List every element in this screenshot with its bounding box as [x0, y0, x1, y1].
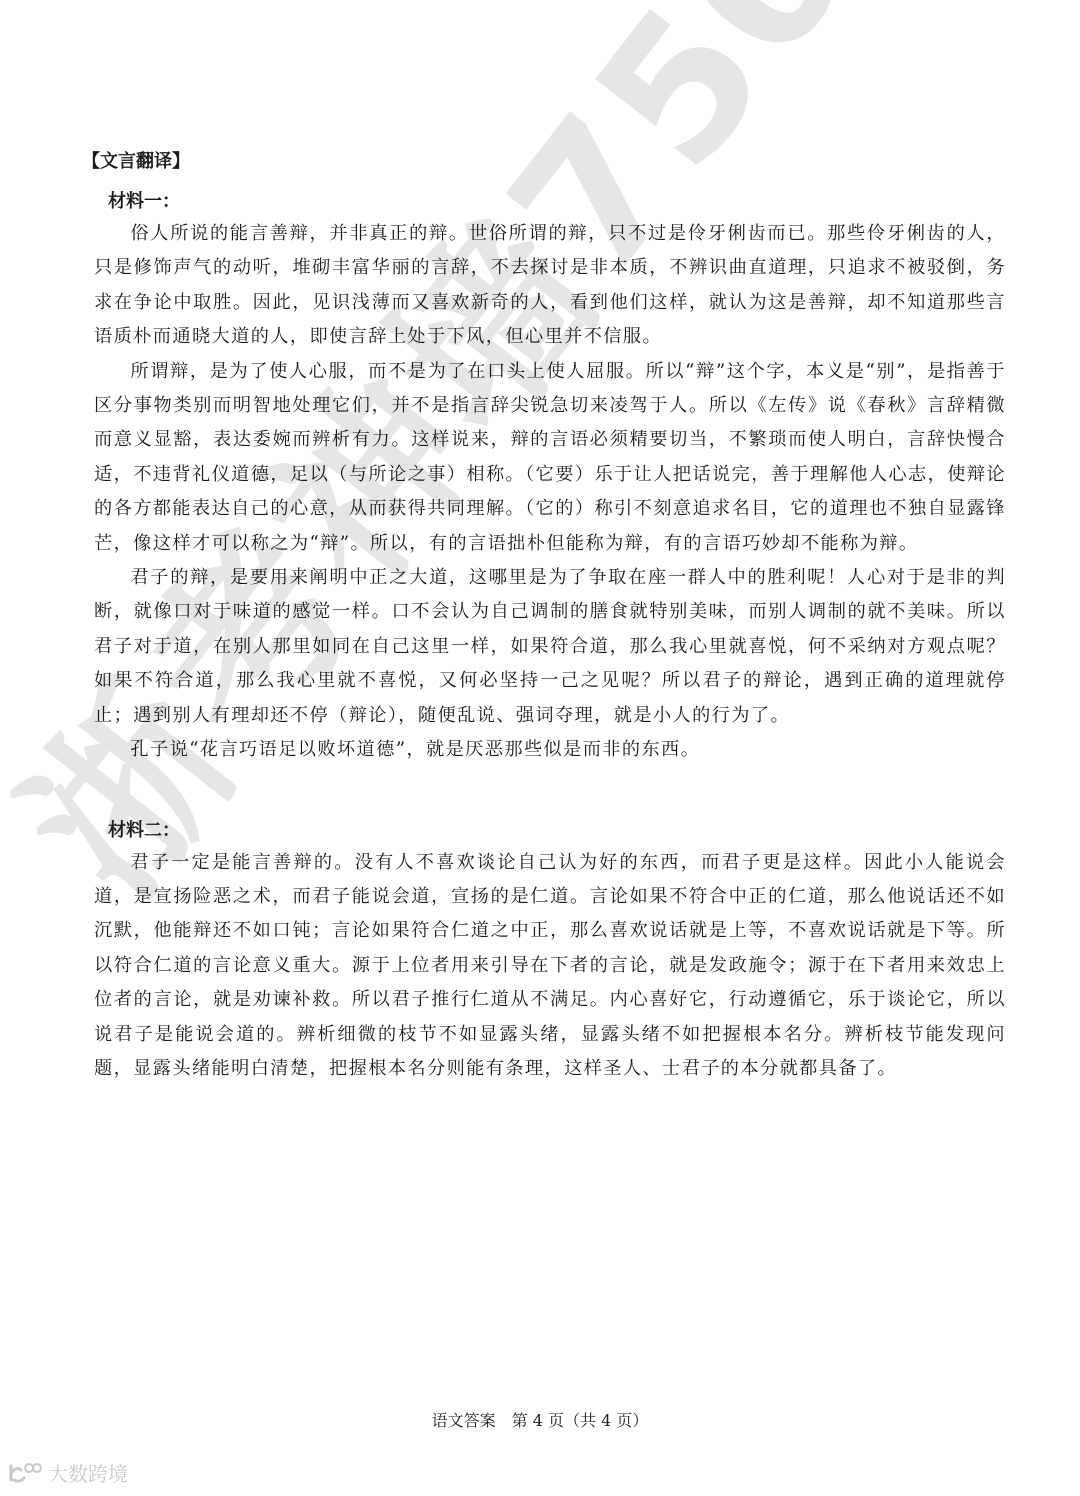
paragraph: 君子一定是能言善辩的。没有人不喜欢谈论自己认为好的东西，而君子更是这样。因此小人… — [94, 846, 1006, 1087]
material-one-title: 材料一： — [94, 187, 1006, 217]
document-content: 【文言翻译】 材料一： 俗人所说的能言善辩，并非真正的辩。世俗所谓的辩，只不过是… — [94, 147, 1006, 1086]
paragraph: 所谓辩，是为了使人心服，而不是为了在口头上使人屈服。所以“辩”这个字，本义是“别… — [94, 355, 1006, 561]
document-page: 浙考神墙750 【文言翻译】 材料一： 俗人所说的能言善辩，并非真正的辩。世俗所… — [0, 0, 1080, 1496]
material-one: 材料一： 俗人所说的能言善辩，并非真正的辩。世俗所谓的辩，只不过是伶牙俐齿而已。… — [94, 187, 1006, 768]
section-heading: 【文言翻译】 — [82, 147, 1006, 177]
brand-watermark: 大数跨境 — [8, 1458, 128, 1487]
material-two-title: 材料二： — [94, 816, 1006, 846]
page-footer: 语文答案 第 4 页（共 4 页） — [0, 1408, 1080, 1431]
paragraph: 俗人所说的能言善辩，并非真正的辩。世俗所谓的辩，只不过是伶牙俐齿而已。那些伶牙俐… — [94, 217, 1006, 355]
brand-logo-icon — [8, 1462, 42, 1484]
material-two: 材料二： 君子一定是能言善辩的。没有人不喜欢谈论自己认为好的东西，而君子更是这样… — [94, 816, 1006, 1087]
brand-name: 大数跨境 — [48, 1458, 128, 1487]
paragraph: 孔子说“花言巧语足以败坏道德”，就是厌恶那些似是而非的东西。 — [94, 733, 1006, 767]
paragraph: 君子的辩，是要用来阐明中正之大道，这哪里是为了争取在座一群人中的胜利呢！人心对于… — [94, 561, 1006, 733]
